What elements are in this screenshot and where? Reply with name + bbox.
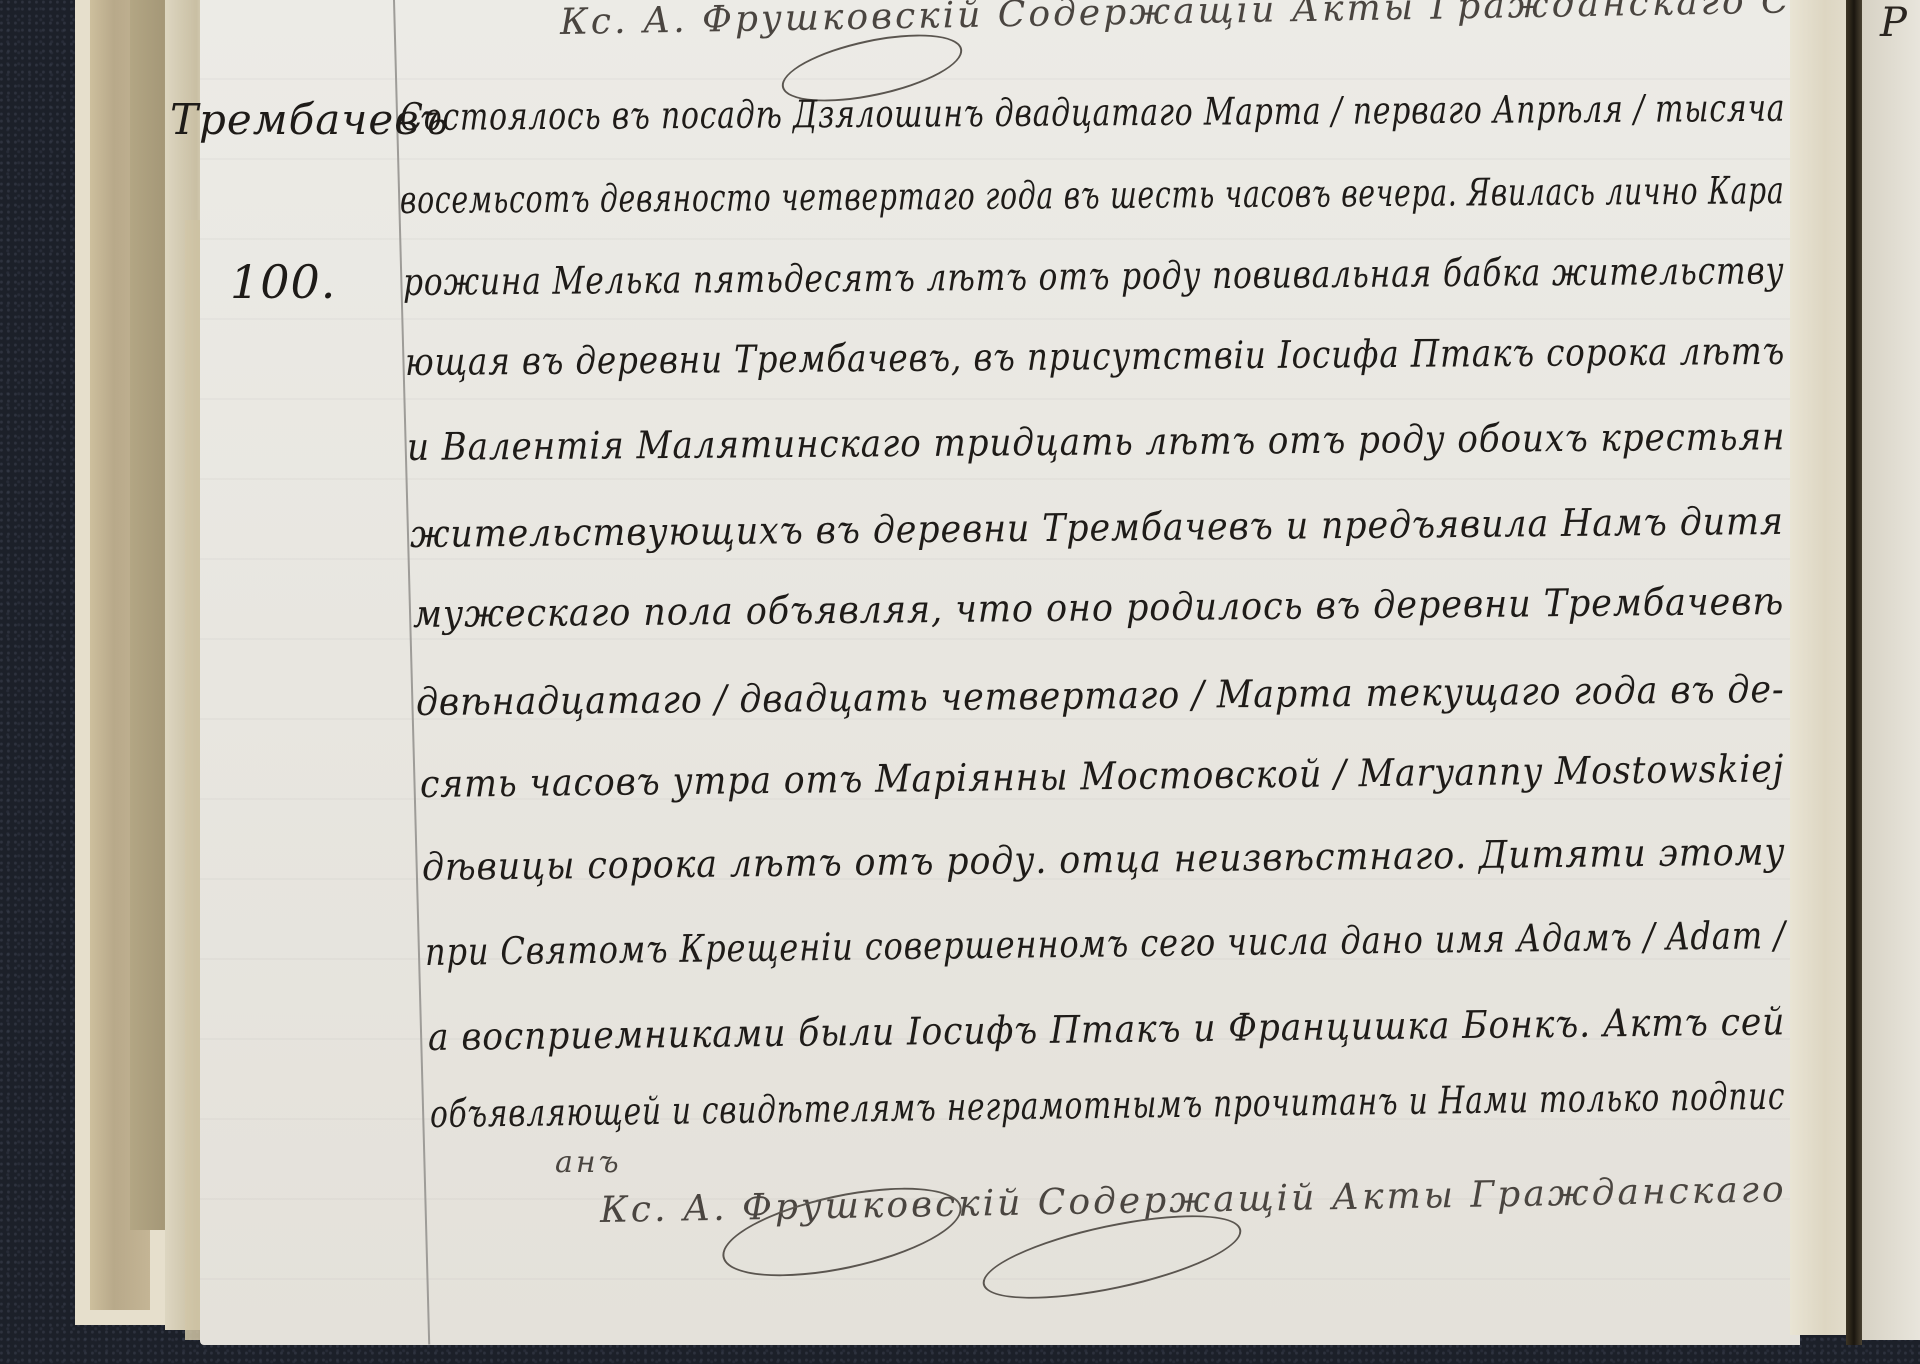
adjacent-page [1862,0,1920,1340]
record-line: ющая въ деревни Трембачевъ, въ присутств… [405,329,1785,384]
record-line: восемьсотъ девяносто четвертаго года въ … [400,168,1785,222]
record-line: сять часовъ утра отъ Маріянны Мостовской… [420,746,1785,806]
record-line: при Святомъ Крещеніи совершенномъ сего ч… [425,913,1786,974]
adjacent-page-text: Р [1880,0,1907,46]
record-line: рожина Мелька пятьдесятъ лѣтъ отъ роду п… [403,248,1785,304]
signature-prefix: анъ [555,1145,622,1180]
top-signature: Кс. А. Фрушковскій Содержащій Акты Гражд… [560,0,1920,43]
record-line: двѣнадцатаго / двадцать четвертаго / Мар… [416,667,1785,724]
record-line: и Валентія Малятинскаго тридцать лѣтъ от… [407,414,1786,469]
record-line: объявляющей и свидѣтелямъ неграмотнымъ п… [430,1074,1786,1136]
record-page: Кс. А. Фрушковскій Содержащій Акты Гражд… [200,0,1800,1345]
record-line: дѣвицы сорока лѣтъ отъ роду. отца неизвѣ… [422,829,1786,889]
folded-page-edge [1790,0,1848,1335]
record-line: мужескаго пола объявляя, что оно родилос… [413,579,1785,636]
record-number: 100. [230,255,336,309]
record-line: жительствующихъ въ деревни Трембачевъ и … [410,499,1784,556]
record-line: Состоялось въ посадѣ Дзялошинъ двадцатаг… [400,86,1786,139]
book-binding [1846,0,1862,1345]
record-line: а восприемниками были Іосифъ Птакъ и Фра… [428,999,1786,1059]
